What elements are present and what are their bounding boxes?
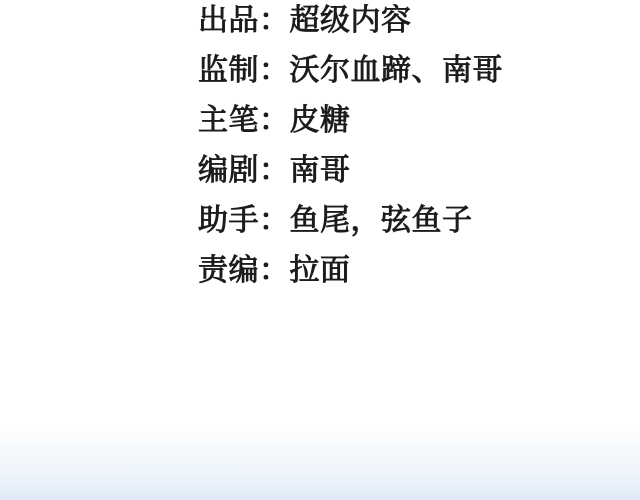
credit-names: 鱼尾，弦鱼子: [290, 204, 473, 237]
credit-line: 助手：鱼尾，弦鱼子: [198, 196, 503, 246]
credit-role: 出品: [198, 4, 259, 37]
credit-names: 沃尔血蹄、南哥: [290, 54, 504, 87]
credit-separator: ：: [259, 154, 290, 187]
credit-separator: ：: [259, 4, 290, 37]
credit-separator: ：: [259, 254, 290, 287]
credit-role: 监制: [198, 54, 259, 87]
credit-line: 责编：拉面: [198, 246, 503, 296]
credit-separator: ：: [259, 54, 290, 87]
credit-role: 责编: [198, 254, 259, 287]
credit-line: 编剧：南哥: [198, 146, 503, 196]
credit-line: 主笔：皮糖: [198, 96, 503, 146]
credit-names: 南哥: [290, 154, 351, 187]
credit-line: 监制：沃尔血蹄、南哥: [198, 46, 503, 96]
credit-names: 皮糖: [290, 104, 351, 137]
credit-role: 主笔: [198, 104, 259, 137]
credit-role: 助手: [198, 204, 259, 237]
credit-line: 出品：超级内容: [198, 0, 503, 46]
credit-separator: ：: [259, 104, 290, 137]
credit-names: 拉面: [290, 254, 351, 287]
page-bottom-gradient: [0, 425, 640, 500]
credit-separator: ：: [259, 204, 290, 237]
credits-list: 出品：超级内容 监制：沃尔血蹄、南哥 主笔：皮糖 编剧：南哥 助手：鱼尾，弦鱼子…: [198, 0, 503, 296]
comic-credits-page: 出品：超级内容 监制：沃尔血蹄、南哥 主笔：皮糖 编剧：南哥 助手：鱼尾，弦鱼子…: [0, 0, 640, 500]
credit-role: 编剧: [198, 154, 259, 187]
credit-names: 超级内容: [290, 4, 412, 37]
